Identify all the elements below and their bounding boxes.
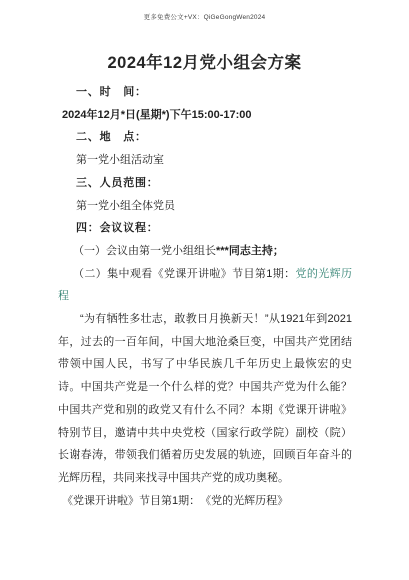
document-title: 2024年12月党小组会方案	[0, 49, 409, 73]
watermark-text: 更多免费公文+VX：QiGeGongWen2024	[0, 12, 409, 21]
people-value: 第一党小组全体党员	[58, 195, 352, 218]
agenda-item-1: （一）会议由第一党小组组长***同志主持；	[58, 240, 352, 263]
document-page: 更多免费公文+VX：QiGeGongWen2024 2024年12月党小组会方案…	[0, 0, 409, 580]
place-value: 第一党小组活动室	[58, 149, 352, 172]
body-paragraph: “为有牺牲多壮志，敢教日月换新天！”从1921年到2021年，过去的一百年间，中…	[58, 308, 352, 490]
agenda-item-1-text: （一）会议由第一党小组组长	[73, 245, 216, 257]
time-value: 2024年12月*日(星期*)下午15:00-17:00	[58, 104, 352, 127]
agenda-item-1-emphasis: ***同志主持；	[216, 245, 284, 257]
heading-place: 二、地 点：	[58, 126, 352, 149]
heading-time: 一、时 间：	[58, 81, 352, 104]
document-body: 一、时 间： 2024年12月*日(星期*)下午15:00-17:00 二、地 …	[58, 81, 352, 512]
heading-people: 三、人员范围：	[58, 172, 352, 195]
heading-agenda: 四：会议议程：	[58, 217, 352, 240]
agenda-item-2-text: （二）集中观看《党课开讲啦》节目第1期：	[73, 268, 296, 280]
agenda-item-2: （二）集中观看《党课开讲啦》节目第1期：党的光辉历程	[58, 263, 352, 308]
episode-title-line: 《党课开讲啦》节目第1期： 《党的光辉历程》	[58, 490, 352, 513]
